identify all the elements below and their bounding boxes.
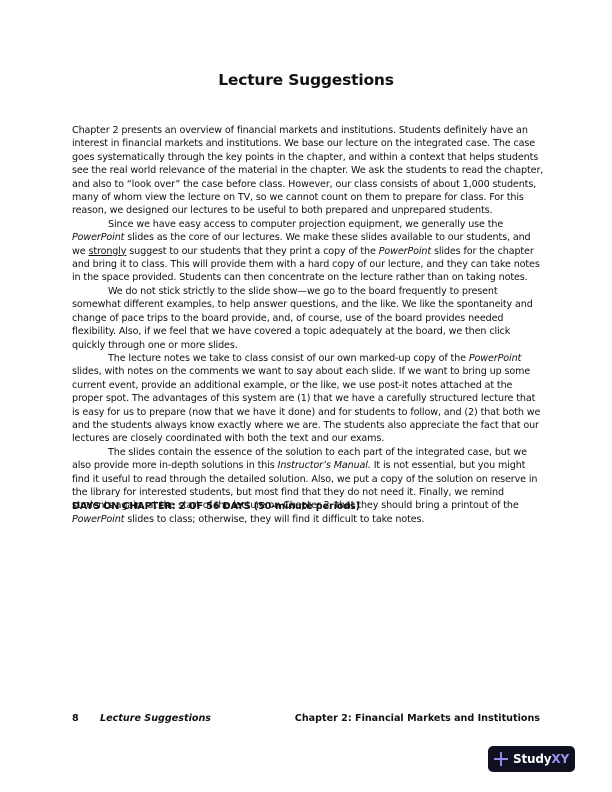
text-run: The lecture notes we take to class consi… [108,353,469,364]
text-run: slides to class; otherwise, they will fi… [124,514,424,525]
body-text: Chapter 2 presents an overview of financ… [72,124,544,526]
studyxy-badge[interactable]: StudyXY [488,746,575,772]
paragraph: The slides contain the essence of the so… [72,446,544,526]
brand-accent-text: XY [551,752,569,766]
brand-logo-text: StudyXY [513,752,569,766]
text-run: We do not stick strictly to the slide sh… [72,286,533,351]
paragraph: The lecture notes we take to class consi… [72,352,544,446]
days-on-chapter: DAYS ON CHAPTER: 2 OF 56 DAYS (50-minute… [72,501,360,512]
footer-section-title: Lecture Suggestions [100,713,211,724]
footer-chapter-title: Chapter 2: Financial Markets and Institu… [295,713,540,724]
brand-text: Study [513,752,551,766]
text-run: Chapter 2 presents an overview of financ… [72,125,543,216]
paragraph: Since we have easy access to computer pr… [72,218,544,285]
text-run: strongly [88,246,126,257]
paragraph: We do not stick strictly to the slide sh… [72,285,544,352]
page-title: Lecture Suggestions [0,71,612,89]
text-run: PowerPoint [72,514,124,525]
text-run: suggest to our students that they print … [126,246,378,257]
plus-icon [494,752,508,766]
text-run: slides, with notes on the comments we wa… [72,366,540,444]
text-run: PowerPoint [72,232,124,243]
text-run: Instructor’s Manual. [278,460,371,471]
paragraph: Chapter 2 presents an overview of financ… [72,124,544,218]
text-run: PowerPoint [469,353,521,364]
text-run: PowerPoint [379,246,431,257]
text-run: Since we have easy access to computer pr… [108,219,503,230]
page-number: 8 [72,713,79,724]
